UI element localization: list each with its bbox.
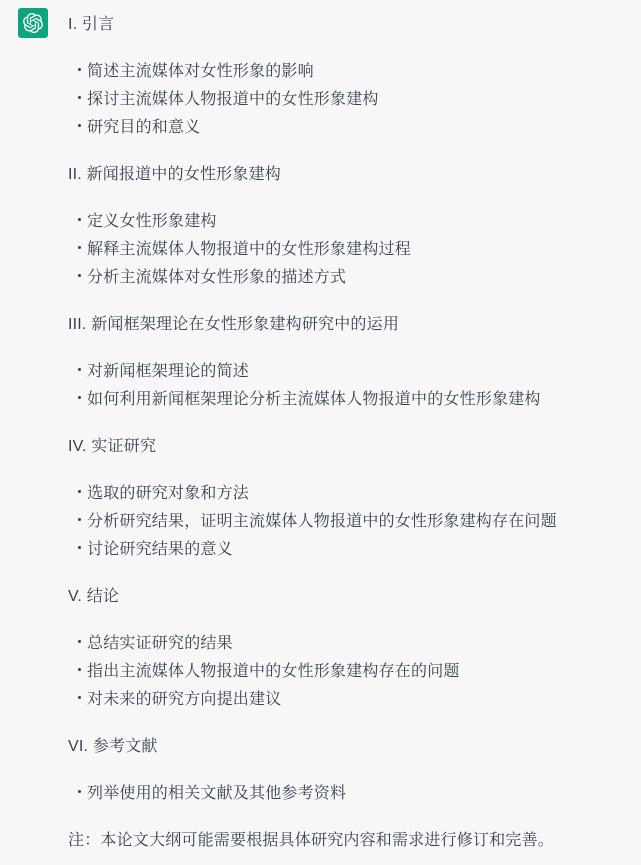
section-bullet-list: 简述主流媒体对女性形象的影响探讨主流媒体人物报道中的女性形象建构研究目的和意义 [68,58,621,142]
bullet-item: 解释主流媒体人物报道中的女性形象建构过程 [78,236,621,264]
section-heading: II. 新闻报道中的女性形象建构 [68,161,621,189]
bullet-item: 分析主流媒体对女性形象的描述方式 [78,264,621,292]
section-bullet-list: 选取的研究对象和方法分析研究结果，证明主流媒体人物报道中的女性形象建构存在问题讨… [68,480,621,564]
bullet-item: 简述主流媒体对女性形象的影响 [78,58,621,86]
bullet-item: 讨论研究结果的意义 [78,536,621,564]
bullet-item: 分析研究结果，证明主流媒体人物报道中的女性形象建构存在问题 [78,508,621,536]
bullet-item: 对新闻框架理论的简述 [78,358,621,386]
chatgpt-avatar [18,8,48,38]
section-bullet-list: 列举使用的相关文献及其他参考资料 [68,780,621,808]
section-bullet-list: 总结实证研究的结果指出主流媒体人物报道中的女性形象建构存在的问题对未来的研究方向… [68,630,621,714]
section-bullet-list: 定义女性形象建构解释主流媒体人物报道中的女性形象建构过程分析主流媒体对女性形象的… [68,208,621,292]
section-heading: I. 引言 [68,11,621,39]
section-bullet-list: 对新闻框架理论的简述如何利用新闻框架理论分析主流媒体人物报道中的女性形象建构 [68,358,621,414]
assistant-message: I. 引言简述主流媒体对女性形象的影响探讨主流媒体人物报道中的女性形象建构研究目… [0,0,641,865]
section-heading: V. 结论 [68,583,621,611]
outline-note: 注：本论文大纲可能需要根据具体研究内容和需求进行修订和完善。 [68,827,621,855]
bullet-item: 总结实证研究的结果 [78,630,621,658]
bullet-item: 选取的研究对象和方法 [78,480,621,508]
bullet-item: 指出主流媒体人物报道中的女性形象建构存在的问题 [78,658,621,686]
bullet-item: 探讨主流媒体人物报道中的女性形象建构 [78,86,621,114]
bullet-item: 研究目的和意义 [78,114,621,142]
bullet-item: 如何利用新闻框架理论分析主流媒体人物报道中的女性形象建构 [78,386,621,414]
bullet-item: 对未来的研究方向提出建议 [78,686,621,714]
bullet-item: 定义女性形象建构 [78,208,621,236]
section-heading: VI. 参考文献 [68,733,621,761]
section-heading: III. 新闻框架理论在女性形象建构研究中的运用 [68,311,621,339]
outline-content: I. 引言简述主流媒体对女性形象的影响探讨主流媒体人物报道中的女性形象建构研究目… [68,11,621,855]
section-heading: IV. 实证研究 [68,433,621,461]
bullet-item: 列举使用的相关文献及其他参考资料 [78,780,621,808]
openai-logo-icon [23,13,43,33]
